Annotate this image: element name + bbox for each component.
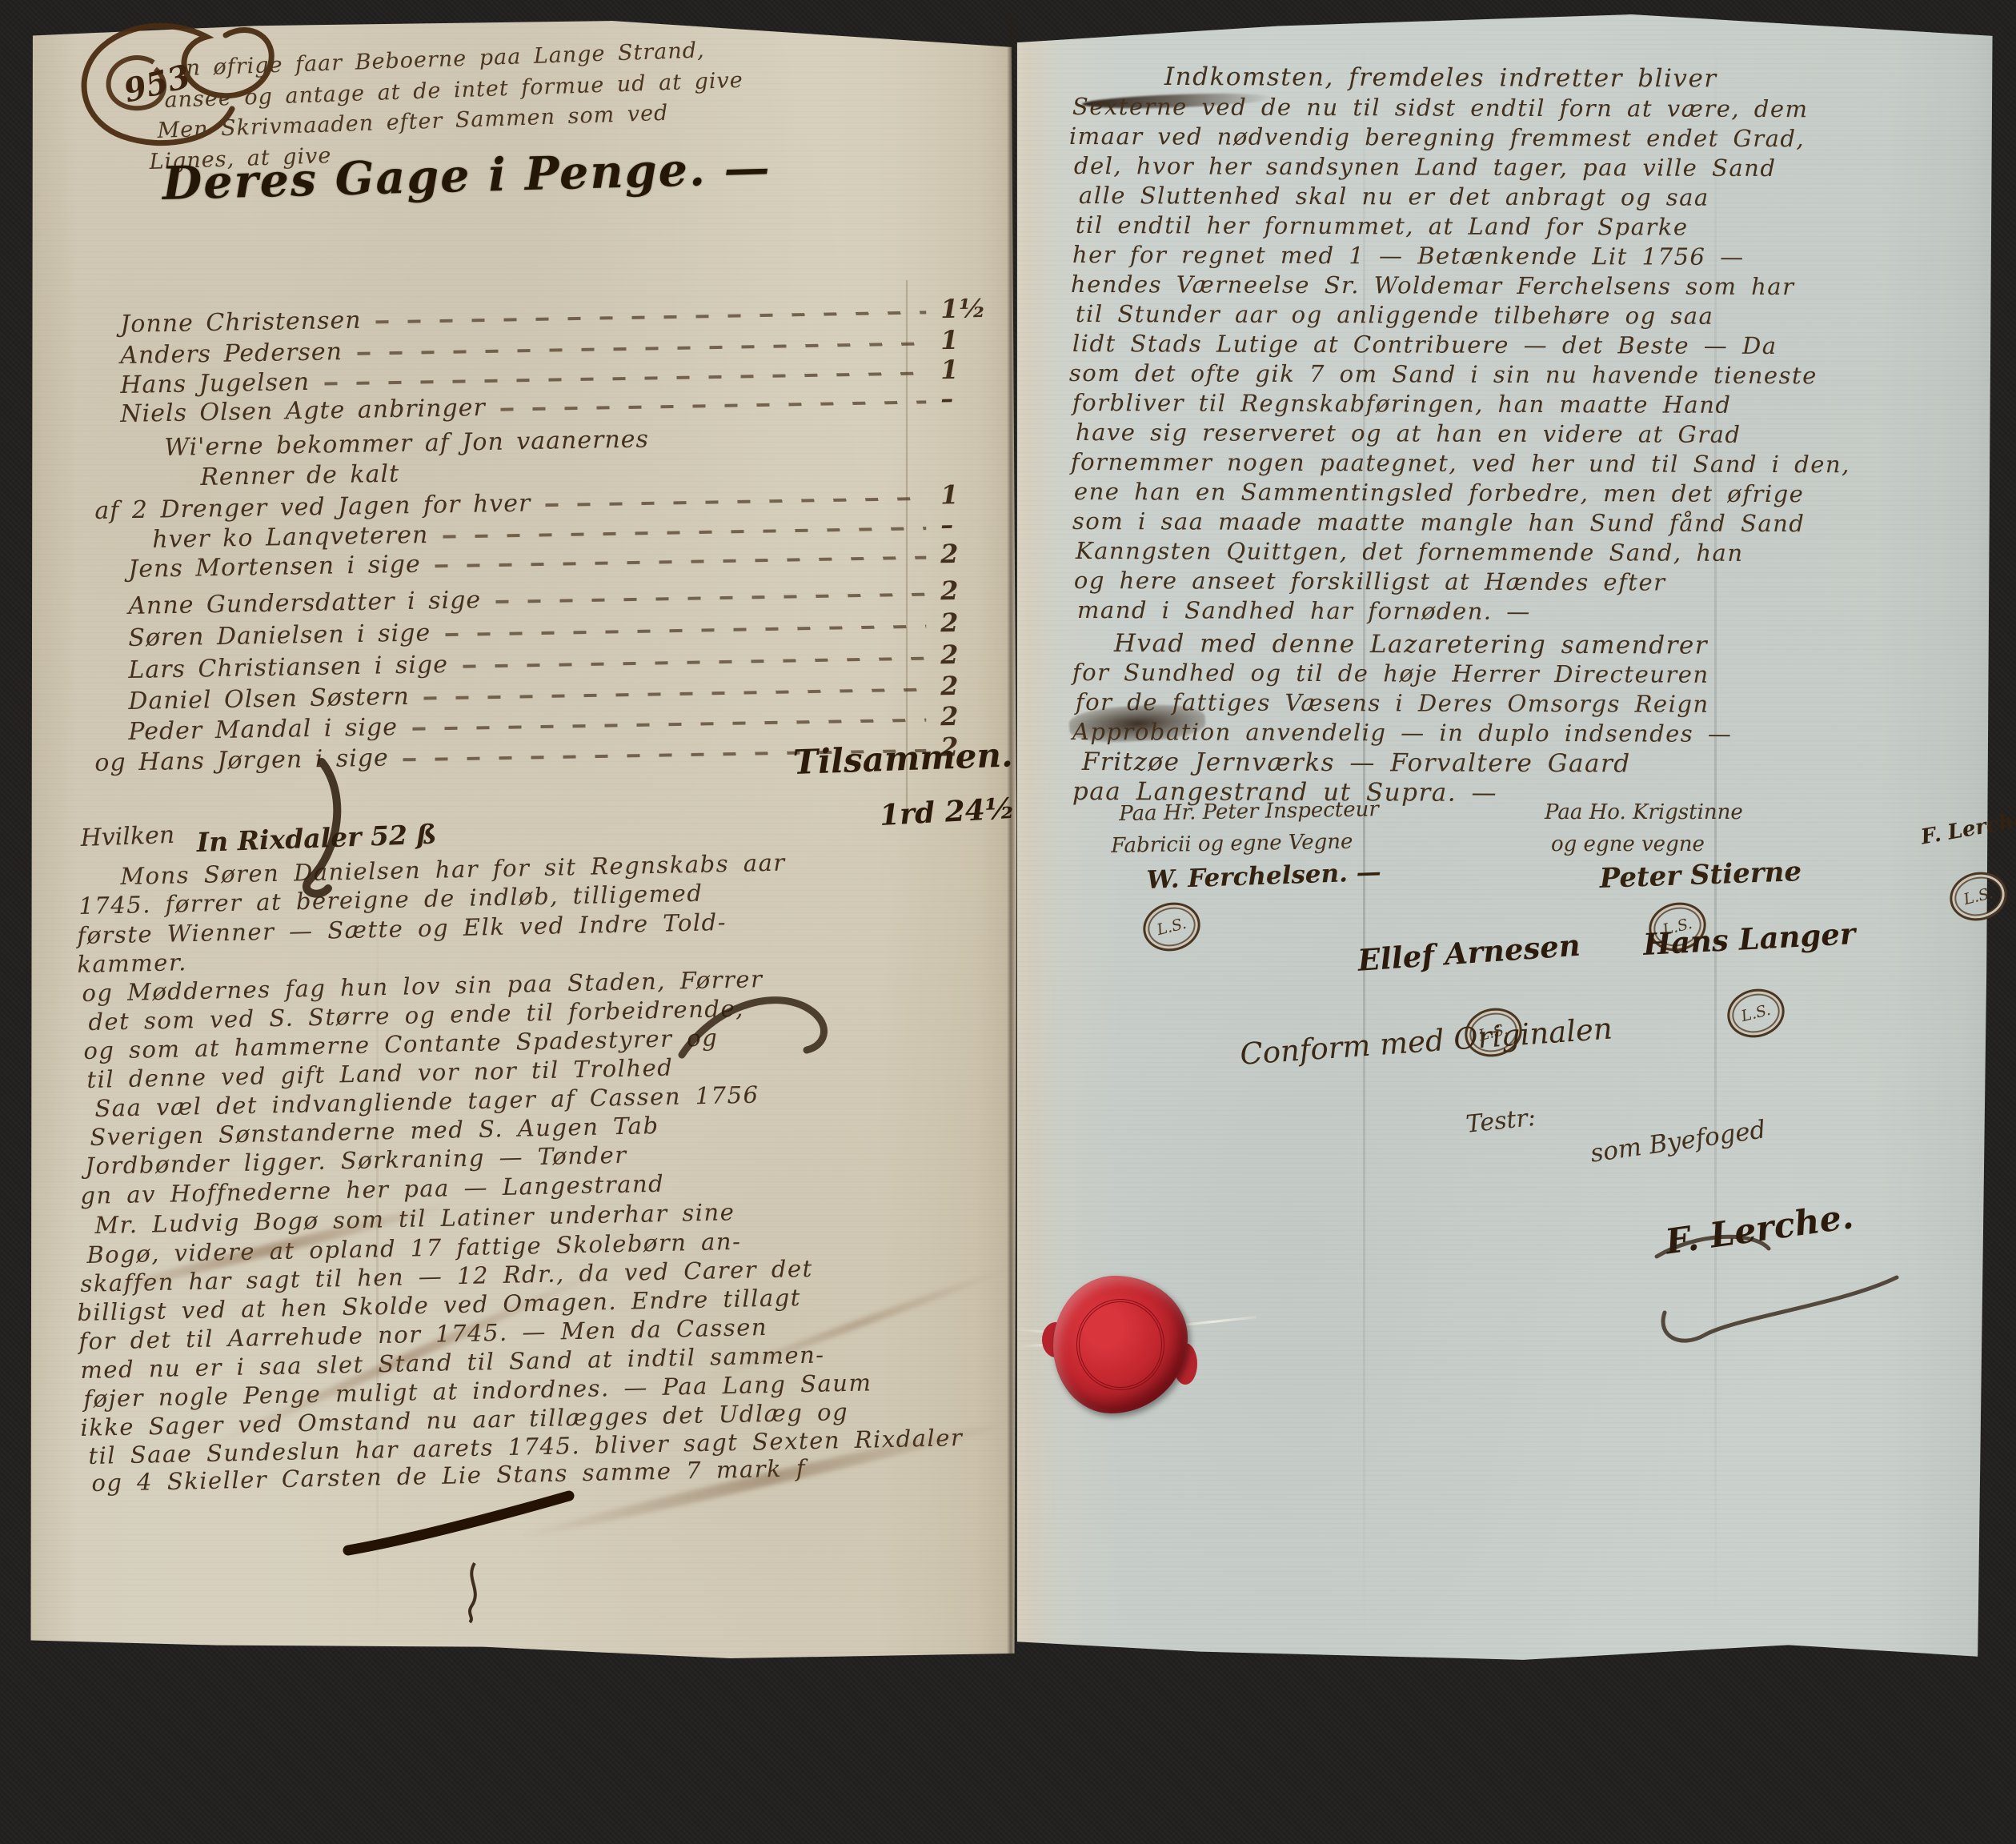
manuscript-line: Hvad med denne Lazaretering samendrer [1114, 629, 1708, 660]
dash-leader [376, 311, 927, 323]
manuscript-line: her for regnet med 1 — Betænkende Lit 17… [1072, 241, 1745, 271]
signature-role-line: Paa Hr. Peter Inspecteur [1119, 797, 1379, 826]
manuscript-line: hendes Værneelse Sr. Woldemar Ferchelsen… [1071, 271, 1795, 300]
manuscript-line: mand i Sandhed har fornøden. — [1077, 596, 1531, 625]
dash-leader [412, 719, 926, 731]
amount-value: 2 [940, 538, 997, 569]
sum-prefix: Hvilken [80, 821, 175, 852]
amount-value: 2 [940, 700, 997, 732]
dash-leader [545, 497, 926, 507]
ls-seal-label: L.S. [1155, 915, 1188, 939]
dash-leader [424, 688, 927, 700]
dash-leader [495, 593, 926, 603]
manuscript-line: som i saa maade maatte mangle han Sund f… [1072, 507, 1806, 537]
manuscript-line: ene han en Sammentingsled forbedre, men … [1074, 478, 1805, 507]
manuscript-line: forbliver til Regnskabføringen, han maat… [1072, 389, 1732, 419]
manuscript-line: imaar ved nødvendig beregning fremmest e… [1069, 122, 1805, 152]
manuscript-line: fornemmer nogen paategnet, ved her und t… [1071, 448, 1850, 478]
manuscript-line: alle Sluttenhed skal nu er det anbragt o… [1079, 182, 1709, 211]
dash-leader [445, 625, 926, 636]
signature-role-line: og egne vegne [1551, 832, 1705, 856]
manuscript-line: Kanngsten Quittgen, det fornemmende Sand… [1076, 537, 1744, 567]
amount-value: 2 [940, 670, 997, 701]
archival-scan: 953 n øfrige faar Beboerne paa Lange Str… [0, 0, 2016, 1844]
dash-leader [463, 657, 926, 668]
manuscript-line: til Stunder aar og anliggende tilbehøre … [1076, 300, 1714, 330]
dash-leader [357, 342, 926, 355]
amount-value: – [940, 509, 997, 540]
ls-seal-label: L.S. [1739, 1001, 1772, 1025]
manuscript-line: Fritzøe Jernværks — Forvaltere Gaard [1082, 748, 1631, 778]
red-wax-seal [1053, 1276, 1188, 1413]
manuscript-line: som det ofte gik 7 om Sand i sin nu have… [1069, 359, 1818, 389]
amount-value: – [940, 383, 997, 414]
manuscript-line: Sexterne ved de nu til sidst endtil forn… [1072, 93, 1809, 122]
salary-row: Renner de kalt [200, 460, 399, 491]
amount-value: 1 [940, 479, 997, 510]
manuscript-line: til endtil her fornummet, at Land for Sp… [1076, 211, 1689, 241]
person-name: Jonne Christensen [120, 307, 362, 339]
manuscript-line: lidt Stads Lutige at Contribuere — det B… [1072, 330, 1778, 359]
manuscript-line: del, hvor her sandsynen Land tager, paa … [1074, 152, 1777, 182]
person-name: Søren Danielsen i sige [128, 619, 431, 652]
manuscript-line: have sig reserveret og at han en videre … [1076, 419, 1741, 448]
manuscript-line: for de fattiges Væsens i Deres Omsorgs R… [1076, 688, 1709, 718]
amount-value: 2 [940, 575, 997, 606]
dash-leader [435, 556, 927, 568]
person-name: Lars Christiansen i sige [128, 651, 448, 684]
person-name: Renner de kalt [200, 460, 399, 491]
dash-leader [324, 371, 926, 385]
manuscript-line: Indkomsten, fremdeles indretter bliver [1164, 62, 1717, 93]
amount-value: 2 [940, 639, 997, 670]
manuscript-line: kammer. [77, 948, 187, 978]
amount-value: 1 [940, 354, 997, 385]
manuscript-line: og here anseet forskilligst at Hændes ef… [1074, 567, 1666, 596]
seal-emboss-ring [1076, 1299, 1165, 1390]
sum-total: 1rd 24½ [879, 792, 1016, 832]
manuscript-line: for Sundhed og til de høje Herrer Direct… [1072, 659, 1709, 688]
dash-leader [500, 400, 926, 411]
person-name: Jens Mortensen i sige [128, 551, 421, 583]
amount-value: 1 [940, 324, 997, 355]
signature-role-line: Fabricii og egne Vegne [1111, 830, 1353, 858]
person-name: og Hans Jørgen i sige [94, 744, 389, 777]
amount-value: 1½ [940, 293, 997, 324]
signature-role-line: Paa Ho. Krigstinne [1545, 800, 1743, 824]
ls-seal-label: L.S. [1962, 884, 1994, 908]
manuscript-line: Approbation anvendelig — in duplo indsen… [1072, 718, 1733, 748]
dash-leader [443, 527, 926, 539]
amount-value: 2 [940, 607, 997, 638]
person-name: Peder Mandal i sige [128, 713, 398, 746]
